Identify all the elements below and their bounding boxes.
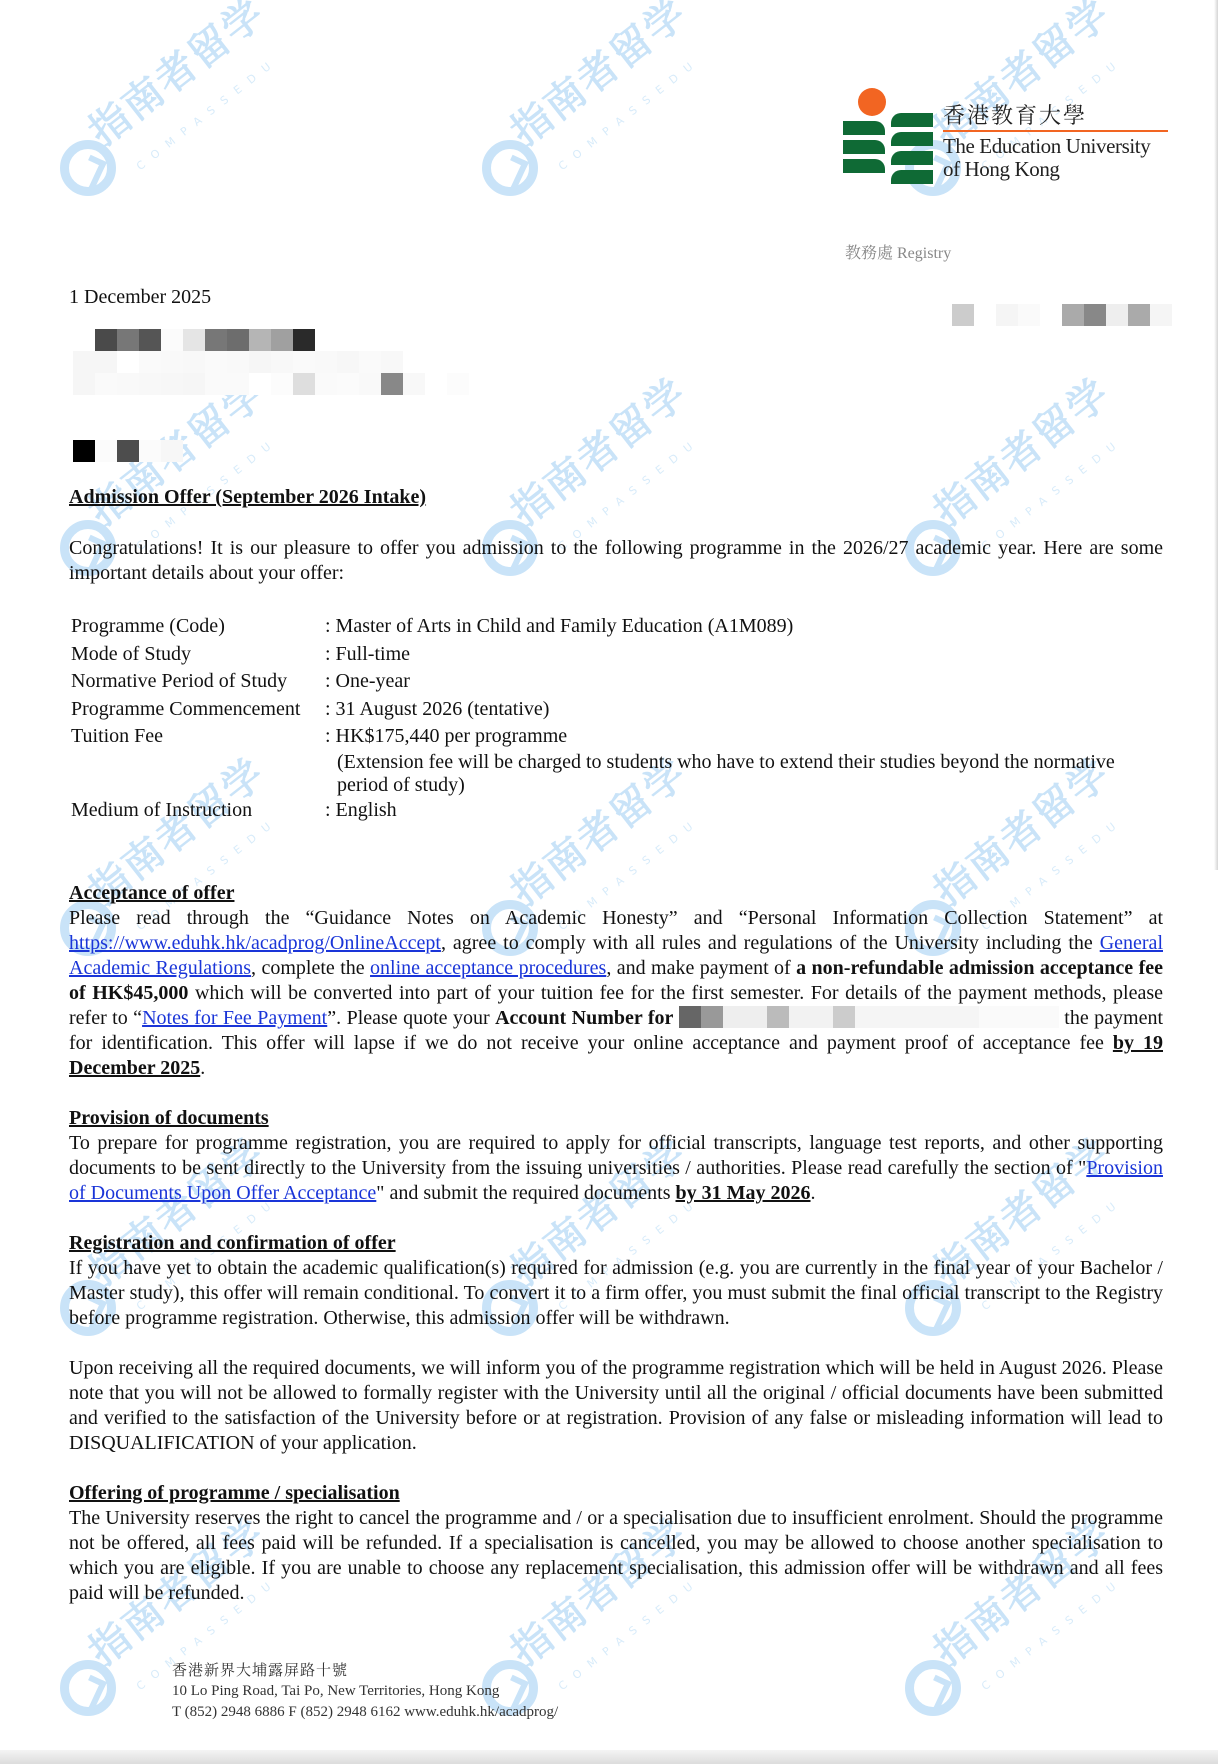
redacted-salutation bbox=[73, 440, 183, 462]
watermark: 指南者留学COMPASSEDU bbox=[482, 60, 722, 230]
section-heading: Provision of documents bbox=[69, 1106, 1163, 1131]
paragraph-text: If you have yet to obtain the academic q… bbox=[69, 1257, 1163, 1329]
section-registration: Registration and confirmation of offer I… bbox=[69, 1231, 1163, 1331]
redacted-reference bbox=[952, 304, 1172, 326]
paragraph-text: , and make payment of bbox=[606, 957, 796, 979]
detail-value: : HK$175,440 per programme(Extension fee… bbox=[325, 723, 1145, 797]
section-heading: Acceptance of offer bbox=[69, 881, 1163, 906]
paragraph-text: . bbox=[811, 1182, 816, 1204]
paragraph-text: The University reserves the right to can… bbox=[69, 1507, 1163, 1604]
detail-value: : English bbox=[325, 797, 1145, 825]
detail-row: Mode of Study: Full-time bbox=[71, 641, 1145, 669]
university-name-line1: The Education University bbox=[943, 135, 1150, 158]
sun-icon bbox=[858, 88, 886, 116]
detail-label: Medium of Instruction bbox=[71, 797, 325, 825]
address-en: 10 Lo Ping Road, Tai Po, New Territories… bbox=[172, 1681, 558, 1702]
account-number-label: Account Number for bbox=[495, 1007, 673, 1029]
detail-value-text: : Master of Arts in Child and Family Edu… bbox=[325, 613, 1145, 641]
detail-row: Programme Commencement: 31 August 2026 (… bbox=[71, 696, 1145, 724]
page-bottom-edge bbox=[0, 1750, 1218, 1764]
offer-title: Admission Offer (September 2026 Intake) bbox=[69, 486, 426, 509]
university-logo: 香港教育大學 The Education University of Hong … bbox=[843, 85, 1173, 195]
redacted-recipient-address bbox=[73, 351, 403, 373]
university-name-cn: 香港教育大學 bbox=[943, 99, 1087, 130]
detail-value-text: : Full-time bbox=[325, 641, 1145, 669]
detail-label: Tuition Fee bbox=[71, 723, 325, 797]
detail-value: : 31 August 2026 (tentative) bbox=[325, 696, 1145, 724]
paragraph-text: . bbox=[200, 1057, 205, 1079]
letter-page: 指南者留学COMPASSEDU 指南者留学COMPASSEDU 指南者留学COM… bbox=[0, 0, 1218, 1764]
eduhk-emblem-icon bbox=[843, 85, 933, 185]
redacted-account-number bbox=[679, 1006, 1059, 1028]
section-heading: Registration and confirmation of offer bbox=[69, 1231, 1163, 1256]
detail-value: : Master of Arts in Child and Family Edu… bbox=[325, 613, 1145, 641]
watermark: 指南者留学COMPASSEDU bbox=[60, 60, 300, 230]
paragraph-text: " and submit the required documents bbox=[376, 1182, 675, 1204]
office-name: 教務處 Registry bbox=[845, 240, 951, 263]
paragraph-text: , agree to comply with all rules and reg… bbox=[441, 932, 1100, 954]
intro-paragraph: Congratulations! It is our pleasure to o… bbox=[69, 536, 1163, 586]
watermark-logo-icon bbox=[60, 140, 116, 196]
watermark-subtext: COMPASSEDU bbox=[556, 54, 703, 173]
detail-value-text: : English bbox=[325, 797, 1145, 825]
redacted-recipient-name bbox=[73, 329, 315, 351]
documents-deadline: by 31 May 2026 bbox=[676, 1182, 811, 1204]
detail-label: Programme (Code) bbox=[71, 613, 325, 641]
section-acceptance: Acceptance of offer Please read through … bbox=[69, 881, 1163, 1081]
letter-footer: 香港新界大埔露屏路十號 10 Lo Ping Road, Tai Po, New… bbox=[172, 1660, 558, 1723]
detail-value-text: : HK$175,440 per programme bbox=[325, 723, 1145, 751]
detail-value: : Full-time bbox=[325, 641, 1145, 669]
section-offering: Offering of programme / specialisation T… bbox=[69, 1481, 1163, 1606]
contact-info: T (852) 2948 6886 F (852) 2948 6162 www.… bbox=[172, 1702, 558, 1723]
watermark-text: 指南者留学 bbox=[920, 363, 1121, 537]
detail-row: Programme (Code): Master of Arts in Chil… bbox=[71, 613, 1145, 641]
detail-row: Tuition Fee: HK$175,440 per programme(Ex… bbox=[71, 723, 1145, 797]
paragraph-text: Please read through the “Guidance Notes … bbox=[69, 907, 1163, 929]
notes-for-fee-payment-link[interactable]: Notes for Fee Payment bbox=[142, 1007, 327, 1029]
registration-paragraph-2: Upon receiving all the required document… bbox=[69, 1356, 1163, 1456]
detail-row: Normative Period of Study: One-year bbox=[71, 668, 1145, 696]
watermark-logo-icon bbox=[482, 140, 538, 196]
detail-label: Mode of Study bbox=[71, 641, 325, 669]
detail-row: Medium of Instruction: English bbox=[71, 797, 1145, 825]
watermark-logo-icon bbox=[905, 1660, 961, 1716]
university-name-en: The Education University of Hong Kong bbox=[943, 135, 1150, 181]
redacted-recipient-address bbox=[73, 373, 469, 395]
online-accept-link[interactable]: https://www.eduhk.hk/acadprog/OnlineAcce… bbox=[69, 932, 441, 954]
watermark-subtext: COMPASSEDU bbox=[134, 54, 281, 173]
paragraph-text: To prepare for programme registration, y… bbox=[69, 1132, 1163, 1179]
watermark-logo-icon bbox=[60, 1660, 116, 1716]
detail-label: Programme Commencement bbox=[71, 696, 325, 724]
university-name-line2: of Hong Kong bbox=[943, 158, 1150, 181]
detail-value-text: : 31 August 2026 (tentative) bbox=[325, 696, 1145, 724]
page-edge bbox=[1214, 0, 1218, 870]
detail-value-text: : One-year bbox=[325, 668, 1145, 696]
logo-divider bbox=[943, 130, 1168, 132]
watermark-text: 指南者留学 bbox=[497, 0, 698, 157]
paragraph-text: , complete the bbox=[251, 957, 370, 979]
online-acceptance-procedures-link[interactable]: online acceptance procedures bbox=[370, 957, 606, 979]
watermark-text: 指南者留学 bbox=[497, 363, 698, 537]
letter-date: 1 December 2025 bbox=[69, 286, 211, 309]
watermark-text: 指南者留学 bbox=[75, 0, 276, 157]
detail-note: (Extension fee will be charged to studen… bbox=[325, 751, 1145, 797]
detail-value: : One-year bbox=[325, 668, 1145, 696]
paragraph-text: ”. Please quote your bbox=[327, 1007, 495, 1029]
address-cn: 香港新界大埔露屏路十號 bbox=[172, 1660, 558, 1681]
programme-details: Programme (Code): Master of Arts in Chil… bbox=[71, 613, 1145, 824]
section-documents: Provision of documents To prepare for pr… bbox=[69, 1106, 1163, 1206]
detail-label: Normative Period of Study bbox=[71, 668, 325, 696]
section-heading: Offering of programme / specialisation bbox=[69, 1481, 1163, 1506]
